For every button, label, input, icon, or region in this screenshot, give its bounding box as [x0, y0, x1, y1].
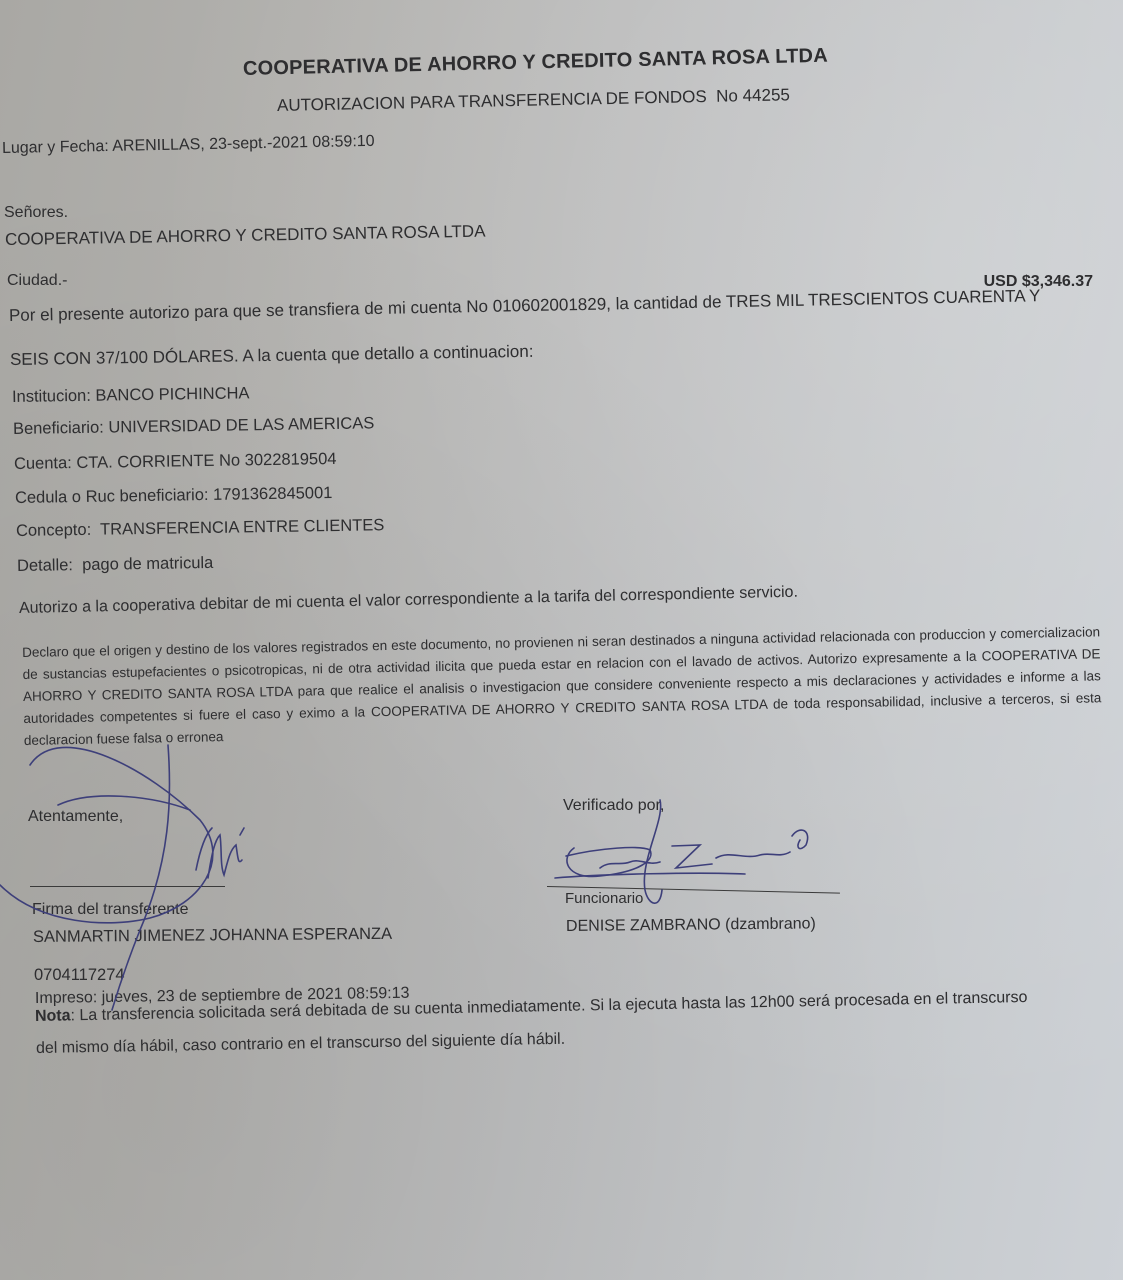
field-beneficiary: Beneficiario: UNIVERSIDAD DE LAS AMERICA…: [13, 414, 375, 439]
legal-declaration: Declaro que el origen y destino de los v…: [22, 621, 1102, 752]
document-number: 44255: [742, 85, 790, 105]
field-label: Institucion:: [12, 387, 91, 406]
addressee-name: COOPERATIVA DE AHORRO Y CREDITO SANTA RO…: [5, 222, 486, 250]
signature-line-transferor: [30, 886, 225, 887]
place-date-value: ARENILLAS, 23-sept.-2021 08:59:10: [112, 133, 375, 155]
field-label: Cedula o Ruc beneficiario:: [15, 486, 209, 507]
field-detail: Detalle: pago de matricula: [17, 554, 214, 576]
field-value: pago de matricula: [82, 554, 213, 574]
field-value: TRANSFERENCIA ENTRE CLIENTES: [100, 516, 384, 538]
authorization-line-1: Por el presente autorizo para que se tra…: [9, 286, 1041, 326]
transferor-name: SANMARTIN JIMENEZ JOHANNA ESPERANZA: [33, 925, 392, 947]
verified-by-caption: Verificado por,: [563, 797, 664, 815]
authorization-line-2: SEIS CON 37/100 DÓLARES. A la cuenta que…: [10, 342, 534, 370]
field-value: UNIVERSIDAD DE LAS AMERICAS: [108, 414, 374, 436]
transferor-signature-caption: Firma del transferente: [32, 901, 189, 919]
transferor-id: 0704117274: [34, 966, 125, 985]
officer-name: DENISE ZAMBRANO (dzambrano): [566, 915, 816, 936]
greeting: Señores.: [4, 204, 68, 222]
field-concept: Concepto: TRANSFERENCIA ENTRE CLIENTES: [16, 516, 385, 541]
printed-label: Impreso:: [35, 989, 97, 1007]
note-line-2: del mismo día hábil, caso contrario en e…: [36, 1031, 565, 1058]
officer-role: Funcionario: [565, 890, 643, 907]
document-number-label: No: [716, 86, 738, 105]
field-label: Cuenta:: [14, 454, 72, 473]
document-title-text: AUTORIZACION PARA TRANSFERENCIA DE FONDO…: [277, 87, 707, 115]
field-label: Concepto:: [16, 521, 91, 540]
place-date-label: Lugar y Fecha:: [2, 138, 109, 157]
field-value: CTA. CORRIENTE No 3022819504: [76, 450, 336, 472]
field-label: Detalle:: [17, 556, 73, 575]
place-date: Lugar y Fecha: ARENILLAS, 23-sept.-2021 …: [2, 133, 375, 158]
field-beneficiary-id: Cedula o Ruc beneficiario: 1791362845001: [15, 484, 333, 508]
addressee-city: Ciudad.-: [7, 272, 67, 290]
closing-text: Atentamente,: [28, 808, 123, 826]
document-title: AUTORIZACION PARA TRANSFERENCIA DE FONDO…: [277, 85, 790, 116]
institution-title: COOPERATIVA DE AHORRO Y CREDITO SANTA RO…: [243, 45, 828, 81]
field-institution: Institucion: BANCO PICHINCHA: [12, 384, 250, 407]
field-value: 1791362845001: [213, 484, 333, 504]
field-value: BANCO PICHINCHA: [95, 384, 249, 404]
field-label: Beneficiario:: [13, 419, 104, 438]
document-page: COOPERATIVA DE AHORRO Y CREDITO SANTA RO…: [0, 0, 1123, 1280]
field-account: Cuenta: CTA. CORRIENTE No 3022819504: [14, 450, 337, 474]
fee-authorization: Autorizo a la cooperativa debitar de mi …: [19, 584, 798, 618]
note-label: Nota: [35, 1007, 71, 1025]
